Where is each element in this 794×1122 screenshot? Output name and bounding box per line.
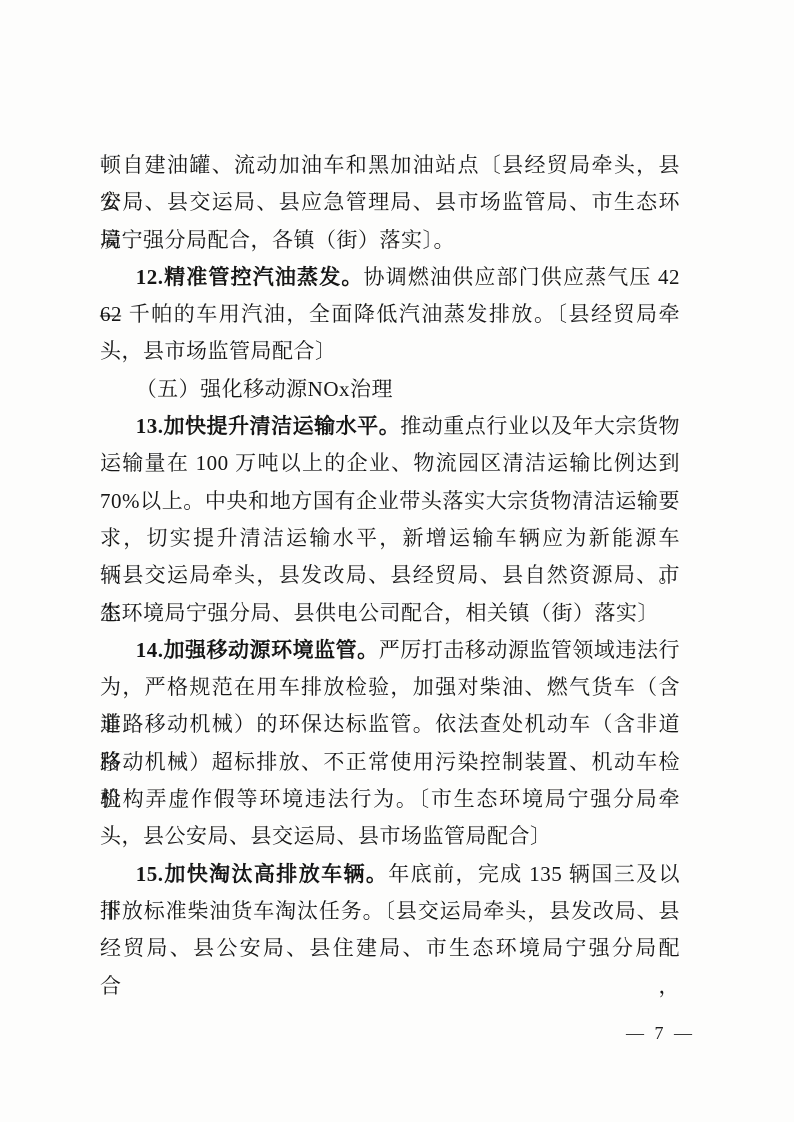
line-text: 头，县市场监管局配合〕 [100, 339, 337, 363]
text-line: 运输量在 100 万吨以上的企业、物流园区清洁运输比例达到 [100, 445, 680, 482]
item-heading: 13.加快提升清洁运输水平。 [136, 414, 401, 438]
text-line: 态环境局宁强分局、县供电公司配合，相关镇（街）落实〕 [100, 595, 680, 632]
item-heading: 12.精准管控汽油蒸发。 [136, 265, 364, 289]
text-line: 顿自建油罐、流动加油车和黑加油站点〔县经贸局牵头，县公 [100, 147, 680, 184]
text-line: 为，严格规范在用车排放检验，加强对柴油、燃气货车（含非 [100, 669, 680, 706]
line-text: 排放标准柴油货车淘汰任务。〔县交运局牵头，县发改局、县 [100, 899, 680, 923]
text-line: 13.加快提升清洁运输水平。推动重点行业以及年大宗货物 [100, 408, 680, 445]
text-line: 排放标准柴油货车淘汰任务。〔县交运局牵头，县发改局、县 [100, 893, 680, 930]
section-heading-line: （五）强化移动源NOx治理 [100, 371, 680, 408]
text-line: 14.加强移动源环境监管。严厉打击移动源监管领域违法行 [100, 632, 680, 669]
line-text: 62 千帕的车用汽油，全面降低汽油蒸发排放。〔县经贸局牵 [100, 302, 680, 326]
line-text: 头，县公安局、县交运局、县市场监管局配合〕 [100, 824, 552, 848]
line-text: 局宁强分局配合，各镇（街）落实〕。 [100, 228, 455, 252]
item-heading: 15.加快淘汰高排放车辆。 [136, 862, 389, 886]
text-line: 道路移动机械）的环保达标监管。依法查处机动车（含非道路 [100, 706, 680, 743]
text-line: 安局、县交运局、县应急管理局、县市场监管局、市生态环境 [100, 184, 680, 221]
text-line: 15.加快淘汰高排放车辆。年底前，完成 135 辆国三及以下 [100, 856, 680, 893]
text-line: 70%以上。中央和地方国有企业带头落实大宗货物清洁运输要 [100, 483, 680, 520]
line-text: 经贸局、县公安局、县住建局、市生态环境局宁强分局配合， [100, 936, 680, 997]
line-text: 70%以上。中央和地方国有企业带头落实大宗货物清洁运输要 [100, 489, 680, 513]
line-text: （五）强化移动源NOx治理 [136, 377, 393, 401]
text-line: 机构弄虚作假等环境违法行为。〔市生态环境局宁强分局牵 [100, 781, 680, 818]
line-text: 机构弄虚作假等环境违法行为。〔市生态环境局宁强分局牵 [100, 787, 680, 811]
line-text: 运输量在 100 万吨以上的企业、物流园区清洁运输比例达到 [100, 451, 680, 475]
document-body: 顿自建油罐、流动加油车和黑加油站点〔县经贸局牵头，县公 安局、县交运局、县应急管… [100, 147, 680, 968]
line-text: 严厉打击移动源监管领域违法行 [379, 638, 680, 662]
text-line: 局宁强分局配合，各镇（街）落实〕。 [100, 222, 680, 259]
text-line: 经贸局、县公安局、县住建局、市生态环境局宁强分局配合， [100, 930, 680, 967]
text-line: 头，县公安局、县交运局、县市场监管局配合〕 [100, 818, 680, 855]
text-line: 移动机械）超标排放、不正常使用污染控制装置、机动车检验 [100, 744, 680, 781]
item-heading: 14.加强移动源环境监管。 [136, 638, 379, 662]
line-text: 态环境局宁强分局、县供电公司配合，相关镇（街）落实〕 [100, 601, 659, 625]
line-text: 推动重点行业以及年大宗货物 [400, 414, 680, 438]
text-line: 头，县市场监管局配合〕 [100, 333, 680, 370]
text-line: 〔县交运局牵头，县发改局、县经贸局、县自然资源局、市生 [100, 557, 680, 594]
text-line: 12.精准管控汽油蒸发。协调燃油供应部门供应蒸气压 42— [100, 259, 680, 296]
text-line: 求，切实提升清洁运输水平，新增运输车辆应为新能源车辆。 [100, 520, 680, 557]
document-page: 顿自建油罐、流动加油车和黑加油站点〔县经贸局牵头，县公 安局、县交运局、县应急管… [0, 0, 794, 1122]
text-line: 62 千帕的车用汽油，全面降低汽油蒸发排放。〔县经贸局牵 [100, 296, 680, 333]
page-number: — 7 — [626, 1023, 695, 1044]
